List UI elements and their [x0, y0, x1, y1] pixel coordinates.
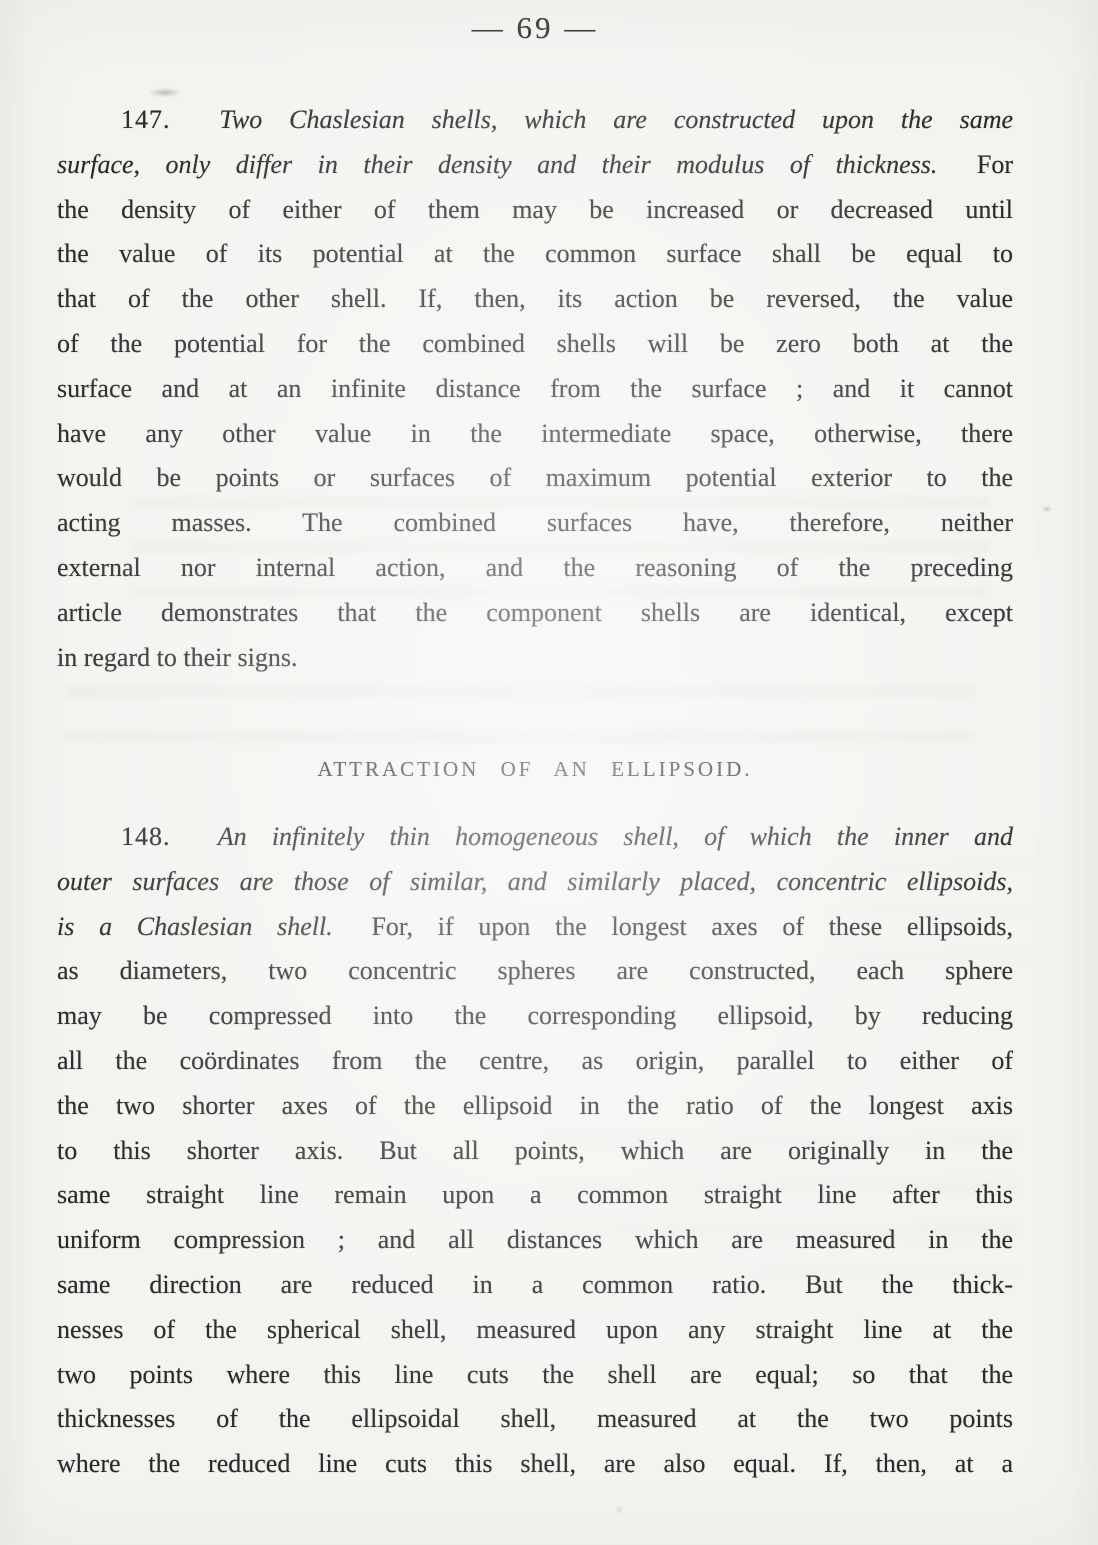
roman-text: as diameters, two concentric spheres are…	[57, 956, 1013, 985]
roman-text: same direction are reduced in a common r…	[57, 1270, 1013, 1299]
text-line: same direction are reduced in a common r…	[57, 1263, 1013, 1308]
roman-text: thicknesses of the ellipsoidal shell, me…	[57, 1404, 1013, 1433]
text-line: 148. An infinitely thin homogeneous shel…	[57, 815, 1013, 860]
text-line: is a Chaslesian shell. For, if upon the …	[57, 905, 1013, 950]
text-line: acting masses. The combined surfaces hav…	[57, 501, 1013, 546]
text-line: have any other value in the intermediate…	[57, 412, 1013, 457]
roman-text: where the reduced line cuts this shell, …	[57, 1449, 1013, 1478]
roman-text: of the potential for the combined shells…	[57, 329, 1013, 358]
roman-text: For, if upon the longest axes of these e…	[371, 912, 1013, 941]
text-line: uniform compression ; and all distances …	[57, 1218, 1013, 1263]
text-line: to this shorter axis. But all points, wh…	[57, 1129, 1013, 1174]
roman-text: all the coördinates from the centre, as …	[57, 1046, 1013, 1075]
text-line: the value of its potential at the common…	[57, 232, 1013, 277]
roman-text: 147.	[121, 105, 171, 134]
italic-text: Two Chaslesian shells, which are constru…	[219, 105, 1013, 134]
italic-text: surface, only differ in their density an…	[57, 150, 937, 179]
roman-text: would be points or surfaces of maximum p…	[57, 463, 1013, 492]
roman-text: external nor internal action, and the re…	[57, 553, 1013, 582]
text-line: where the reduced line cuts this shell, …	[57, 1442, 1013, 1487]
text-line: external nor internal action, and the re…	[57, 546, 1013, 591]
article-147: 147. Two Chaslesian shells, which are co…	[57, 98, 1013, 680]
text-line: two points where this line cuts the shel…	[57, 1353, 1013, 1398]
roman-text: For	[977, 150, 1013, 179]
book-page: — 69 — 147. Two Chaslesian shells, which…	[0, 0, 1098, 1545]
roman-text: surface and at an infinite distance from…	[57, 374, 1013, 403]
text-block: 147. Two Chaslesian shells, which are co…	[0, 0, 1098, 1545]
text-line: that of the other shell. If, then, its a…	[57, 277, 1013, 322]
text-line: surface, only differ in their density an…	[57, 143, 1013, 188]
roman-text: have any other value in the intermediate…	[57, 419, 1013, 448]
roman-text: two points where this line cuts the shel…	[57, 1360, 1013, 1389]
roman-text: acting masses. The combined surfaces hav…	[57, 508, 1013, 537]
text-line: thicknesses of the ellipsoidal shell, me…	[57, 1397, 1013, 1442]
text-line: of the potential for the combined shells…	[57, 322, 1013, 367]
roman-text: that of the other shell. If, then, its a…	[57, 284, 1013, 313]
roman-text: in regard to their signs.	[57, 643, 297, 672]
italic-text: is a Chaslesian shell.	[57, 912, 333, 941]
roman-text: uniform compression ; and all distances …	[57, 1225, 1013, 1254]
text-line: all the coördinates from the centre, as …	[57, 1039, 1013, 1084]
roman-text: the value of its potential at the common…	[57, 239, 1013, 268]
italic-text: outer surfaces are those of similar, and…	[57, 867, 1013, 896]
text-line: outer surfaces are those of similar, and…	[57, 860, 1013, 905]
heading-attraction: ATTRACTION OF AN ELLIPSOID.	[57, 757, 1013, 782]
roman-text: article demonstrates that the component …	[57, 598, 1013, 627]
roman-text: nesses of the spherical shell, measured …	[57, 1315, 1013, 1344]
roman-text: to this shorter axis. But all points, wh…	[57, 1136, 1013, 1165]
roman-text: the density of either of them may be inc…	[57, 195, 1013, 224]
text-line: may be compressed into the corresponding…	[57, 994, 1013, 1039]
text-line: as diameters, two concentric spheres are…	[57, 949, 1013, 994]
roman-text: the two shorter axes of the ellipsoid in…	[57, 1091, 1013, 1120]
text-line: same straight line remain upon a common …	[57, 1173, 1013, 1218]
italic-text: An infinitely thin homogeneous shell, of…	[218, 822, 1013, 851]
roman-text: may be compressed into the corresponding…	[57, 1001, 1013, 1030]
text-line: 147. Two Chaslesian shells, which are co…	[57, 98, 1013, 143]
roman-text: same straight line remain upon a common …	[57, 1180, 1013, 1209]
text-line: the density of either of them may be inc…	[57, 188, 1013, 233]
roman-text: 148.	[121, 822, 171, 851]
text-line: would be points or surfaces of maximum p…	[57, 456, 1013, 501]
article-148: 148. An infinitely thin homogeneous shel…	[57, 815, 1013, 1487]
text-line: nesses of the spherical shell, measured …	[57, 1308, 1013, 1353]
text-line: in regard to their signs.	[57, 636, 1013, 681]
text-line: article demonstrates that the component …	[57, 591, 1013, 636]
text-line: surface and at an infinite distance from…	[57, 367, 1013, 412]
text-line: the two shorter axes of the ellipsoid in…	[57, 1084, 1013, 1129]
